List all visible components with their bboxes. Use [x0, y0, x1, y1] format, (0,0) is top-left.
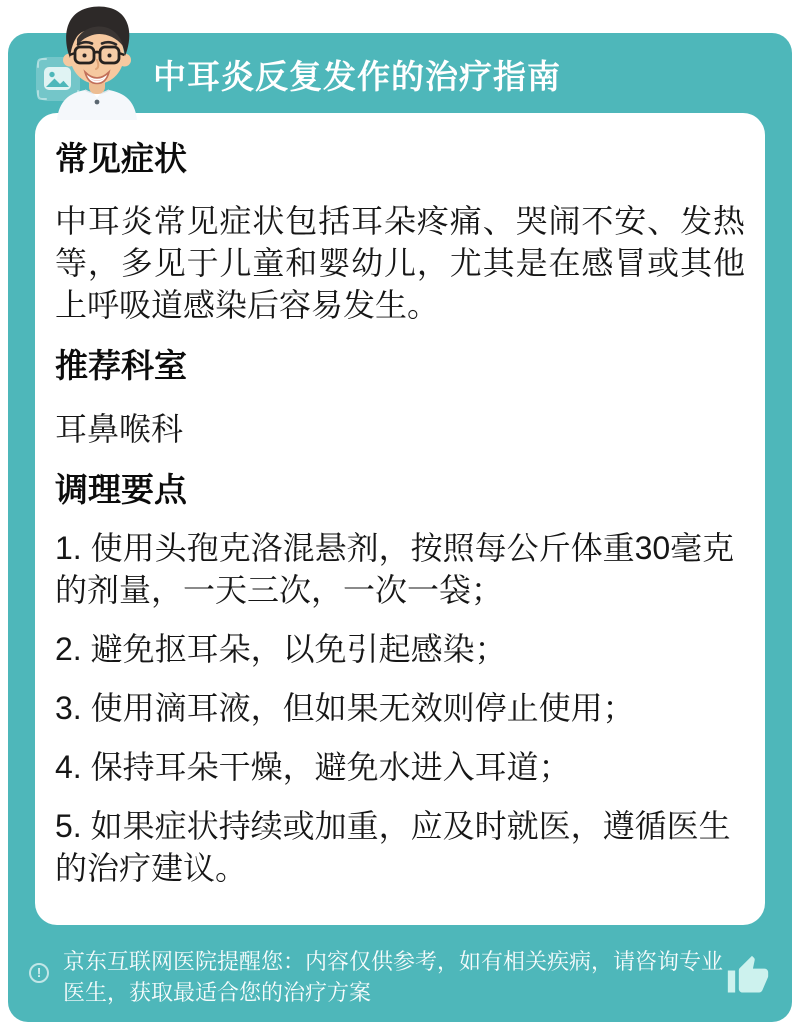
care-point-item-3: 3. 使用滴耳液，但如果无效则停止使用；	[55, 687, 745, 729]
care-point-item-2: 2. 避免抠耳朵，以免引起感染；	[55, 628, 745, 670]
section-heading-department: 推荐科室	[55, 345, 745, 386]
treatment-guide-panel: 中耳炎反复发作的治疗指南 常见症状 中耳炎常见症状包括耳朵疼痛、哭闹不安、发热等…	[8, 33, 792, 1022]
symptoms-paragraph: 中耳炎常见症状包括耳朵疼痛、哭闹不安、发热等，多见于儿童和婴幼儿，尤其是在感冒或…	[55, 200, 745, 326]
care-point-item-5: 5. 如果症状持续或加重，应及时就医，遵循医生的治疗建议。	[55, 805, 745, 889]
screen: { "header": { "title": "中耳炎反复发作的治疗指南" },…	[0, 0, 800, 1033]
guide-content-card: 常见症状 中耳炎常见症状包括耳朵疼痛、哭闹不安、发热等，多见于儿童和婴幼儿，尤其…	[35, 113, 765, 925]
department-value: 耳鼻喉科	[55, 408, 745, 450]
care-point-item-4: 4. 保持耳朵干燥，避免水进入耳道；	[55, 746, 745, 788]
disclaimer-text: 京东互联网医院提醒您：内容仅供参考，如有相关疾病，请咨询专业医生，获取最适合您的…	[63, 946, 729, 1008]
info-exclamation-icon: !	[29, 963, 49, 983]
guide-title: 中耳炎反复发作的治疗指南	[153, 51, 561, 98]
section-heading-symptoms: 常见症状	[55, 138, 745, 179]
section-heading-care-points: 调理要点	[55, 469, 745, 510]
doctor-avatar	[52, 2, 142, 120]
panel-footer: ! 京东互联网医院提醒您：内容仅供参考，如有相关疾病，请咨询专业医生，获取最适合…	[8, 938, 792, 1022]
thumbs-up-icon[interactable]	[725, 954, 771, 998]
care-point-item-1: 1. 使用头孢克洛混悬剂，按照每公斤体重30毫克的剂量，一天三次，一次一袋；	[55, 527, 745, 611]
